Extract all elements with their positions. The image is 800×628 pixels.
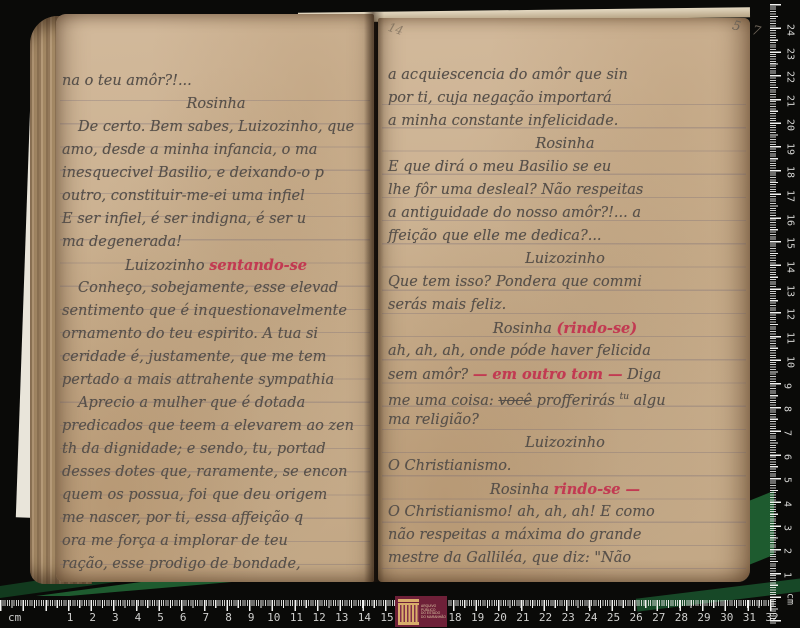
manuscript-line: sem amôr? — em outro tom — Diga [388,363,742,386]
ink-text: De certo. Bem sabes, Luizozinho, que [78,119,354,135]
manuscript-line: inesquecivel Basilio, e deixando-o p [62,162,370,185]
ruler-number: 3 [782,525,793,531]
manuscript-line: desses dotes que, raramente, se encon [62,461,370,484]
ruler-number: 1 [67,611,74,624]
ruler-number: 4 [782,501,793,507]
ink-text: ornamento do teu espirito. A tua si [62,326,318,342]
ink-text: outro, constituir-me-ei uma infiel [62,188,305,204]
ruler-number: 14 [358,611,371,624]
ink-text: a antiguidade do nosso amôr?!... a [388,205,641,221]
ruler-number: 4 [135,611,142,624]
manuscript-line: me nascer, por ti, essa affeição q [62,507,370,530]
manuscript-line: serás mais feliz. [388,294,742,317]
ink-text: Rosinha [490,482,554,498]
manuscript-line: Que tem isso? Pondera que commi [388,271,742,294]
ruler-number: 16 [785,214,796,226]
manuscript-line: Rosinha (rindo-se) [388,317,742,340]
ruler-number: 7 [782,430,793,436]
ruler-number: 26 [630,611,643,624]
manuscript-line: ornamento do teu espirito. A tua si [62,323,370,346]
ink-text: pertado a mais attrahente sympathia [62,372,334,388]
ruler-number: 22 [785,71,796,83]
manuscript-line: O Christianismo! ah, ah, ah! E como [388,501,742,524]
manuscript-line: Rosinha [388,133,742,156]
manuscript-line: pertado a mais attrahente sympathia [62,369,370,392]
ink-text: me uma coisa: [388,393,498,409]
archive-logo-text-line: ARQUIVO [421,604,446,608]
ink-text: ma religião? [388,412,479,428]
ink-text: ceridade é, justamente, que me tem [62,349,326,365]
ruler-number: 29 [697,611,710,624]
red-ink-annotation: rindo-se — [554,481,640,498]
ruler-number: 3 [112,611,119,624]
manuscript-line: a minha constante infelicidade. [388,110,742,133]
manuscript-line: por ti, cuja negação importará [388,87,742,110]
left-page-text: na o teu amôr?!...RosinhaDe certo. Bem s… [62,70,370,576]
manuscript-line: Conheço, sobejamente, esse elevad [62,277,370,300]
archive-building-icon [398,599,419,625]
manuscript-line: amo, desde a minha infancia, o ma [62,139,370,162]
manuscript-line: E ser infiel, é ser indigna, é ser u [62,208,370,231]
ruler-number: 10 [267,611,280,624]
manuscript-line: predicados que teem a elevarem ao zen [62,415,370,438]
manuscript-line: a acquiescencia do amôr que sin [388,64,742,87]
ruler-number: 18 [448,611,461,624]
ruler-number: 31 [743,611,756,624]
ruler-number: 8 [225,611,232,624]
ink-text: algu [629,393,666,409]
ruler-number: 5 [782,477,793,483]
ruler-number: 2 [782,548,793,554]
ruler-number: 18 [785,166,796,178]
ink-text: Luizozinho [125,258,209,274]
manuscript-line: a antiguidade do nosso amôr?!... a [388,202,742,225]
ruler-number: 9 [782,382,793,388]
archive-logo-text: ARQUIVO PÚBLICO DO ESTADO DO MARANHÃO [421,604,446,618]
ink-text: ffeição que elle me dedica?... [388,228,602,244]
ink-text: mestre da Galliléa, que diz: "Não [388,550,631,566]
ruler-unit-label: cm [8,611,21,624]
ruler-number: 5 [157,611,164,624]
ink-text: ração, esse prodigo de bondade, [62,556,301,572]
archive-logo-text-line: DO ESTADO [421,612,446,616]
ink-text: sentimento que é inquestionavelmente [62,303,347,319]
ink-text: por ti, cuja negação importará [388,90,612,106]
ink-text: Rosinha [493,321,557,337]
manuscript-line: Luizozinho [388,248,742,271]
right-page-text: a acquiescencia do amôr que sinpor ti, c… [388,64,742,570]
archive-logo-text-line: PÚBLICO [421,608,446,612]
manuscript-line: quem os possua, foi que deu origem [62,484,370,507]
ink-text: não respeitas a máxima do grande [388,527,641,543]
ink-text: O Christianismo! ah, ah, ah! E como [388,504,655,520]
manuscript-line: ffeição que elle me dedica?... [388,225,742,248]
ruler-number: 6 [782,454,793,460]
ruler-number: 11 [290,611,303,624]
ink-text: inesquecivel Basilio, e deixando-o p [62,165,324,181]
ink-text: th da dignidade; e sendo, tu, portad [62,441,326,457]
manuscript-line: ceridade é, justamente, que me tem [62,346,370,369]
ink-text: serás mais feliz. [388,297,506,313]
red-ink-annotation: (rindo-se) [557,320,638,337]
ruler-number: 27 [652,611,665,624]
ruler-number: 23 [562,611,575,624]
manuscript-line: Rosinha [62,93,370,116]
ink-text: Que tem isso? Pondera que commi [388,274,642,290]
ruler-number: 20 [785,119,796,131]
ink-text: Rosinha [535,136,594,152]
manuscript-line: De certo. Bem sabes, Luizozinho, que [62,116,370,139]
ruler-number: 1 [782,572,793,578]
ruler-number: 12 [312,611,325,624]
manuscript-line: ma degenerada! [62,231,370,254]
ink-text: a acquiescencia do amôr que sin [388,67,628,83]
red-ink-annotation: sentando-se [209,257,307,274]
ruler-number: 11 [785,332,796,344]
ruler-number: 17 [785,190,796,202]
ink-text: O Christianismo. [388,458,511,474]
ruler-number: 8 [782,406,793,412]
manuscript-line: não respeitas a máxima do grande [388,524,742,547]
ruler-number: 6 [180,611,187,624]
ink-text: Conheço, sobejamente, esse elevad [78,280,338,296]
ruler-number: 30 [720,611,733,624]
ink-text: Luizozinho [525,435,605,451]
ink-text: profferirás [532,393,620,409]
ruler-number: 9 [248,611,255,624]
manuscript-line: sentimento que é inquestionavelmente [62,300,370,323]
ruler-number: 12 [785,308,796,320]
ink-text: quem os possua, foi que deu origem [62,487,327,503]
ink-text: predicados que teem a elevarem ao zen [62,418,354,434]
ruler-number: 21 [516,611,529,624]
ink-text: Aprecio a mulher que é dotada [78,395,305,411]
ink-text: Luizozinho [525,251,605,267]
ink-text: Diga [623,367,662,383]
ruler-ticks-cm [770,4,781,624]
ruler-number: 7 [203,611,210,624]
ink-text: ah, ah, ah, onde póde haver felicida [388,343,651,359]
manuscript-line: Luizozinho sentando-se [62,254,370,277]
manuscript-line: Rosinha rindo-se — [388,478,742,501]
ink-text: E ser infiel, é ser indigna, é ser u [62,211,306,227]
ruler-number: 13 [785,285,796,297]
ruler-number: 13 [335,611,348,624]
manuscript-line: na o teu amôr?!... [62,70,370,93]
ruler-unit-label: cm [785,593,796,605]
ruler-number: 22 [539,611,552,624]
ruler-number: 23 [785,48,796,60]
ruler-number: 10 [785,356,796,368]
photo-of-manuscript: 14 5 7 na o teu amôr?!...RosinhaDe certo… [0,0,800,628]
ruler-number: 15 [380,611,393,624]
manuscript-line: mestre da Galliléa, que diz: "Não [388,547,742,570]
manuscript-line: E que dirá o meu Basilio se eu [388,156,742,179]
ink-text: Rosinha [186,96,245,112]
manuscript-line: outro, constituir-me-ei uma infiel [62,185,370,208]
ink-text: a minha constante infelicidade. [388,113,618,129]
ruler-number: 14 [785,261,796,273]
ruler-number: 15 [785,237,796,249]
ruler-number: 20 [494,611,507,624]
ruler-number: 28 [675,611,688,624]
manuscript-line: ora me força a implorar de teu [62,530,370,553]
archive-logo: ARQUIVO PÚBLICO DO ESTADO DO MARANHÃO [395,596,447,627]
manuscript-line: Aprecio a mulher que é dotada [62,392,370,415]
ink-text: ma degenerada! [62,234,182,250]
manuscript-line: th da dignidade; e sendo, tu, portad [62,438,370,461]
ink-text: você [498,393,532,409]
manuscript-line: ração, esse prodigo de bondade, [62,553,370,576]
ruler-number: 19 [471,611,484,624]
manuscript-line: ma religião? [388,409,742,432]
ink-text: desses dotes que, raramente, se encon [62,464,347,480]
ruler-ticks-cm [0,600,774,611]
ink-text: E que dirá o meu Basilio se eu [388,159,611,175]
manuscript-line: ah, ah, ah, onde póde haver felicida [388,340,742,363]
ink-text: lhe fôr uma desleal? Não respeitas [388,182,643,198]
ink-text: tu [620,392,629,402]
archive-logo-text-line: DO MARANHÃO [421,615,446,619]
ink-text: me nascer, por ti, essa affeição q [62,510,303,526]
ink-text: na o teu amôr?!... [62,73,192,89]
ruler-number: 21 [785,95,796,107]
manuscript-line: O Christianismo. [388,455,742,478]
ink-text: sem amôr? [388,367,473,383]
ruler-number: 24 [785,24,796,36]
manuscript-line: lhe fôr uma desleal? Não respeitas [388,179,742,202]
ruler-number: 19 [785,142,796,154]
ink-text: amo, desde a minha infancia, o ma [62,142,317,158]
manuscript-line: Luizozinho [388,432,742,455]
ruler-number: 25 [607,611,620,624]
ink-text: ora me força a implorar de teu [62,533,288,549]
ruler-number: 2 [89,611,96,624]
right-cm-ruler: cm 2423222120191817161514131211109876543… [770,0,800,628]
red-ink-annotation: — em outro tom — [473,366,623,383]
ruler-number: 24 [584,611,597,624]
manuscript-line: me uma coisa: você profferirás tu algu [388,386,742,409]
